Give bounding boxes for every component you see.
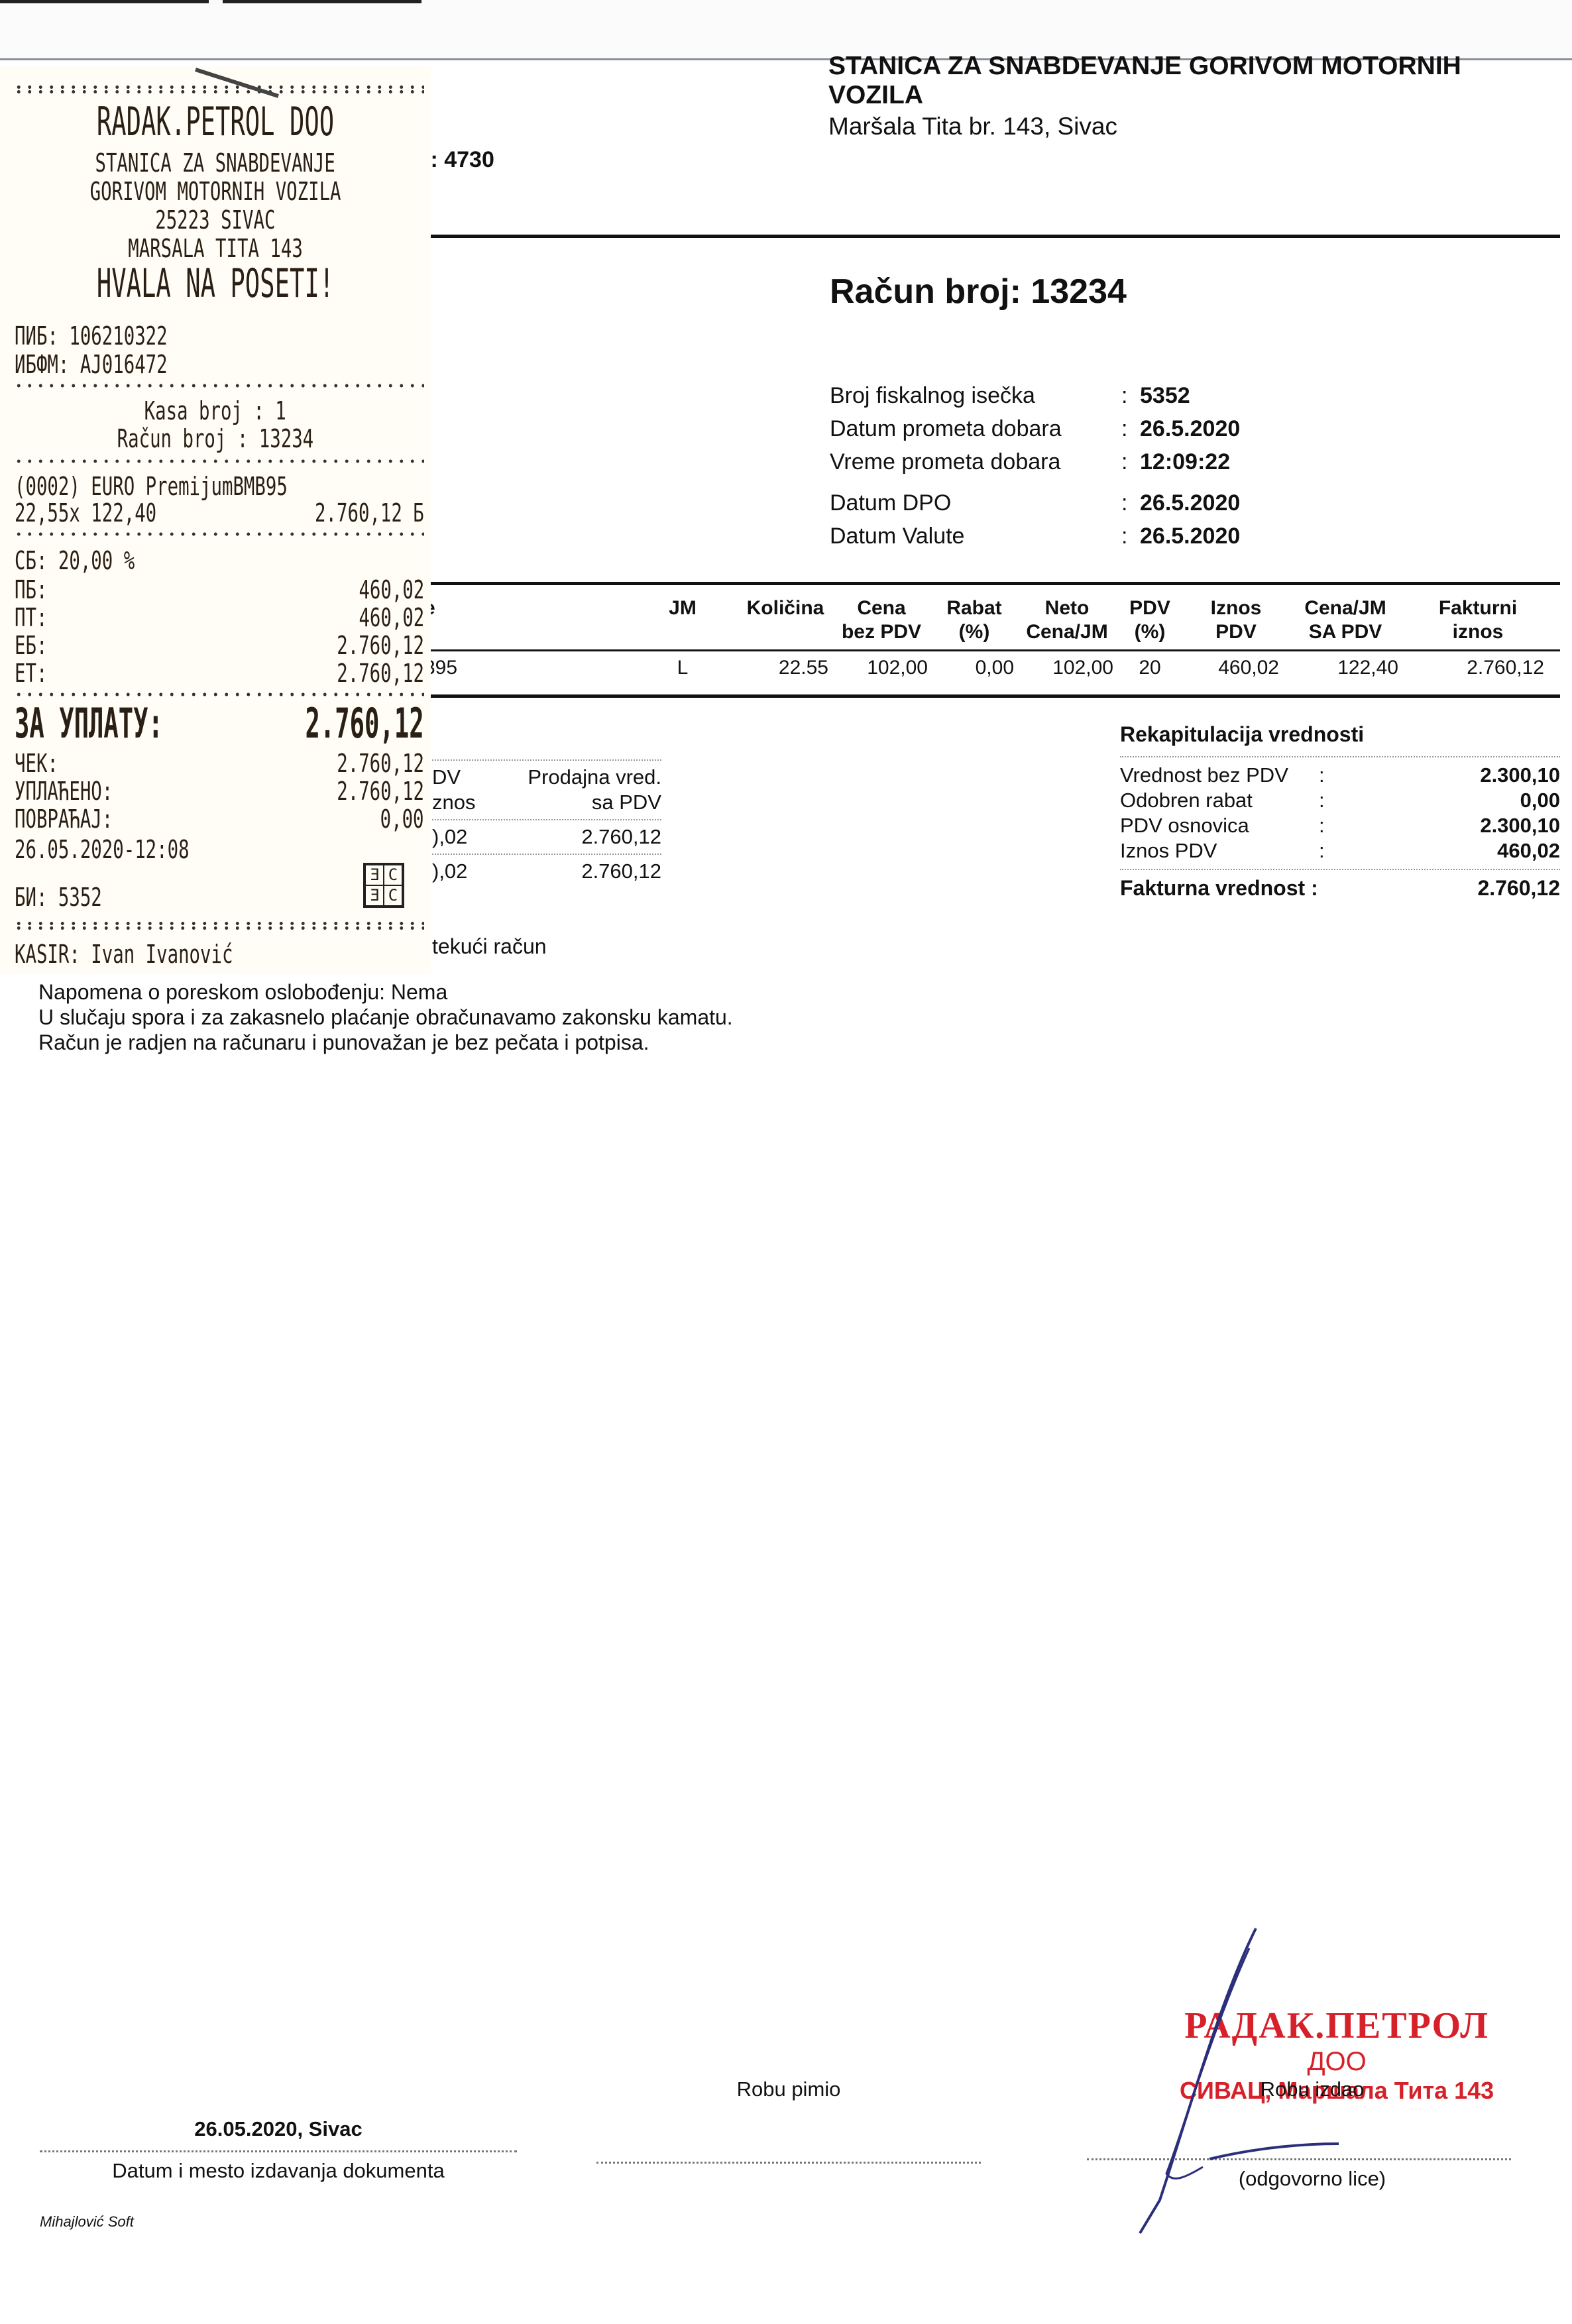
column-header: JM — [663, 596, 702, 620]
receipt-tax-value: 460,02 — [333, 575, 424, 604]
handwritten-signature — [1087, 1922, 1418, 2240]
received-by-signature-line — [596, 2162, 981, 2164]
software-credit: Mihajlović Soft — [40, 2213, 134, 2231]
scan-artifact — [223, 0, 421, 3]
meta-row: Vreme prometa dobara:12:09:22 — [830, 445, 1240, 478]
fiscal-logo-icon: ƎC ƎC — [363, 863, 404, 908]
divider — [1120, 869, 1560, 870]
receipt-tax-value: 2.760,12 — [303, 631, 424, 660]
recap-row: Vrednost bez PDV:2.300,10 — [1120, 763, 1560, 788]
invoice-number: Račun broj: 13234 — [830, 272, 1127, 311]
divider — [432, 854, 661, 855]
table-top-rule — [424, 582, 1560, 585]
recap-row: Odobren rabat:0,00 — [1120, 788, 1560, 813]
receipt-fiscal-id: БИ: 5352 — [15, 883, 136, 912]
receipt-to-pay-label: ЗА УПЛАТУ: — [15, 699, 262, 747]
signature-line — [40, 2150, 517, 2152]
receipt-line: MARSALA TITA 143 — [0, 235, 431, 262]
receipt-number: Račun broj : 13234 — [0, 424, 431, 453]
receipt-cashier: KASIR: Ivan Ivanović — [15, 940, 318, 969]
column-header: Rabat(%) — [934, 596, 1014, 644]
divider — [432, 759, 661, 761]
scan-artifact — [0, 0, 209, 3]
meta-row: Datum prometa dobara:26.5.2020 — [830, 412, 1240, 445]
vat-summary-total: ),022.760,12 — [432, 859, 661, 884]
vat-summary-table: DVProdajna vred. znossa PDV ),022.760,12… — [432, 755, 661, 884]
receipt-pay-label: ПОВРАЋАЈ: — [15, 804, 151, 834]
dotted-separator — [13, 921, 424, 930]
receipt-datetime: 26.05.2020-12:08 — [15, 835, 257, 864]
recap-title: Rekapitulacija vrednosti — [1120, 722, 1560, 747]
receipt-tax-label: ПТ: — [15, 603, 60, 632]
receipt-line: GORIVOM MOTORNIH VOZILA — [0, 178, 431, 205]
receipt-register: Kasa broj : 1 — [0, 396, 431, 425]
receipt-to-pay-value: 2.760,12 — [226, 699, 424, 747]
receipt-item-name: (0002) EURO PremijumBMB95 — [15, 472, 394, 501]
receipt-company: RADAK.PETROL DOO — [0, 101, 431, 143]
fiscal-receipt: RADAK.PETROL DOO STANICA ZA SNABDEVANJE … — [0, 66, 431, 974]
table-cell: 102,00 — [1021, 656, 1113, 680]
phone-fragment: l: 4730 — [424, 147, 494, 173]
receipt-tax-value: 2.760,12 — [303, 659, 424, 688]
value-recap: Rekapitulacija vrednosti Vrednost bez PD… — [1120, 722, 1560, 901]
recap-row: Iznos PDV:460,02 — [1120, 838, 1560, 863]
column-header: Cenabez PDV — [835, 596, 928, 644]
meta-row: Datum DPO:26.5.2020 — [830, 486, 1240, 520]
column-header: IznosPDV — [1193, 596, 1279, 644]
note-line: Račun je radjen na računaru i punovažan … — [38, 1030, 733, 1055]
table-cell: 102,00 — [835, 656, 928, 680]
receipt-pay-label: ЧЕК: — [15, 749, 76, 778]
receipt-pay-value: 2.760,12 — [303, 777, 424, 806]
issue-date-place: 26.05.2020, Sivac — [40, 2117, 517, 2141]
table-cell: L — [663, 656, 702, 680]
receipt-ibfm: ИБФМ: АЈ016472 — [15, 350, 227, 379]
issuer-name: STANICA ZA SNABDEVANJE GORIVOM MOTORNIH … — [828, 52, 1557, 110]
table-cell: 2.760,12 — [1412, 656, 1544, 680]
table-cell: 460,02 — [1193, 656, 1279, 680]
receipt-tax-rate: СБ: 20,00 % — [15, 546, 182, 575]
table-cell: 0,00 — [934, 656, 1014, 680]
issue-date-caption: Datum i mesto izdavanja dokumenta — [40, 2159, 517, 2183]
note-line: U slučaju spora i za zakasnelo plaćanje … — [38, 1005, 733, 1030]
receipt-tax-label: ЕТ: — [15, 659, 60, 688]
meta-row: Datum Valute:26.5.2020 — [830, 520, 1240, 553]
dotted-separator — [13, 692, 424, 697]
receipt-tax-value: 460,02 — [333, 603, 424, 632]
receipt-pay-label: УПЛАЋЕНО: — [15, 777, 151, 806]
recap-total: Fakturna vrednost :2.760,12 — [1120, 875, 1560, 901]
received-by-label: Robu pimio — [596, 2077, 981, 2101]
issuer-address: Maršala Tita br. 143, Sivac — [828, 113, 1117, 140]
table-cell: 22.55 — [742, 656, 828, 680]
table-header-rule — [424, 649, 1560, 651]
column-header: Fakturniiznos — [1412, 596, 1544, 644]
receipt-line: STANICA ZA SNABDEVANJE — [0, 149, 431, 177]
dotted-separator — [13, 383, 424, 388]
receipt-tax-label: ЕБ: — [15, 631, 60, 660]
receipt-thanks: HVALA NA POSETI! — [0, 262, 431, 305]
table-cell: 122,40 — [1292, 656, 1398, 680]
table-cell: 20 — [1120, 656, 1180, 680]
table-bottom-rule — [424, 694, 1560, 698]
recap-row: PDV osnovica:2.300,10 — [1120, 813, 1560, 838]
receipt-item-qty: 22,55x 122,40 — [15, 498, 211, 527]
note-line: Napomena o poreskom oslobođenju: Nema — [38, 979, 733, 1005]
column-header: PDV(%) — [1120, 596, 1180, 644]
dotted-separator — [13, 459, 424, 464]
divider — [1120, 756, 1560, 757]
divider — [432, 819, 661, 820]
meta-row: Broj fiskalnog isečka:5352 — [830, 379, 1240, 412]
vat-summary-header: znossa PDV — [432, 790, 661, 815]
receipt-tax-label: ПБ: — [15, 575, 60, 604]
vat-summary-header: DVProdajna vred. — [432, 765, 661, 790]
invoice-notes: Napomena o poreskom oslobođenju: Nema U … — [38, 979, 733, 1055]
header-divider — [424, 235, 1560, 238]
receipt-line: 25223 SIVAC — [0, 206, 431, 234]
payment-method-fragment: tekući račun — [432, 934, 547, 959]
column-header: Količina — [742, 596, 828, 620]
receipt-pib: ПИБ: 106210322 — [15, 321, 227, 351]
column-header: NetoCena/JM — [1021, 596, 1113, 644]
invoice-meta: Broj fiskalnog isečka:5352 Datum prometa… — [830, 379, 1240, 553]
vat-summary-row: ),022.760,12 — [432, 824, 661, 850]
receipt-pay-value: 2.760,12 — [303, 749, 424, 778]
receipt-item-total: 2.760,12 Б — [272, 498, 424, 527]
column-header: Cena/JMSA PDV — [1292, 596, 1398, 644]
pen-mark — [192, 66, 285, 99]
dotted-separator — [13, 531, 424, 537]
receipt-pay-value: 0,00 — [363, 804, 424, 834]
